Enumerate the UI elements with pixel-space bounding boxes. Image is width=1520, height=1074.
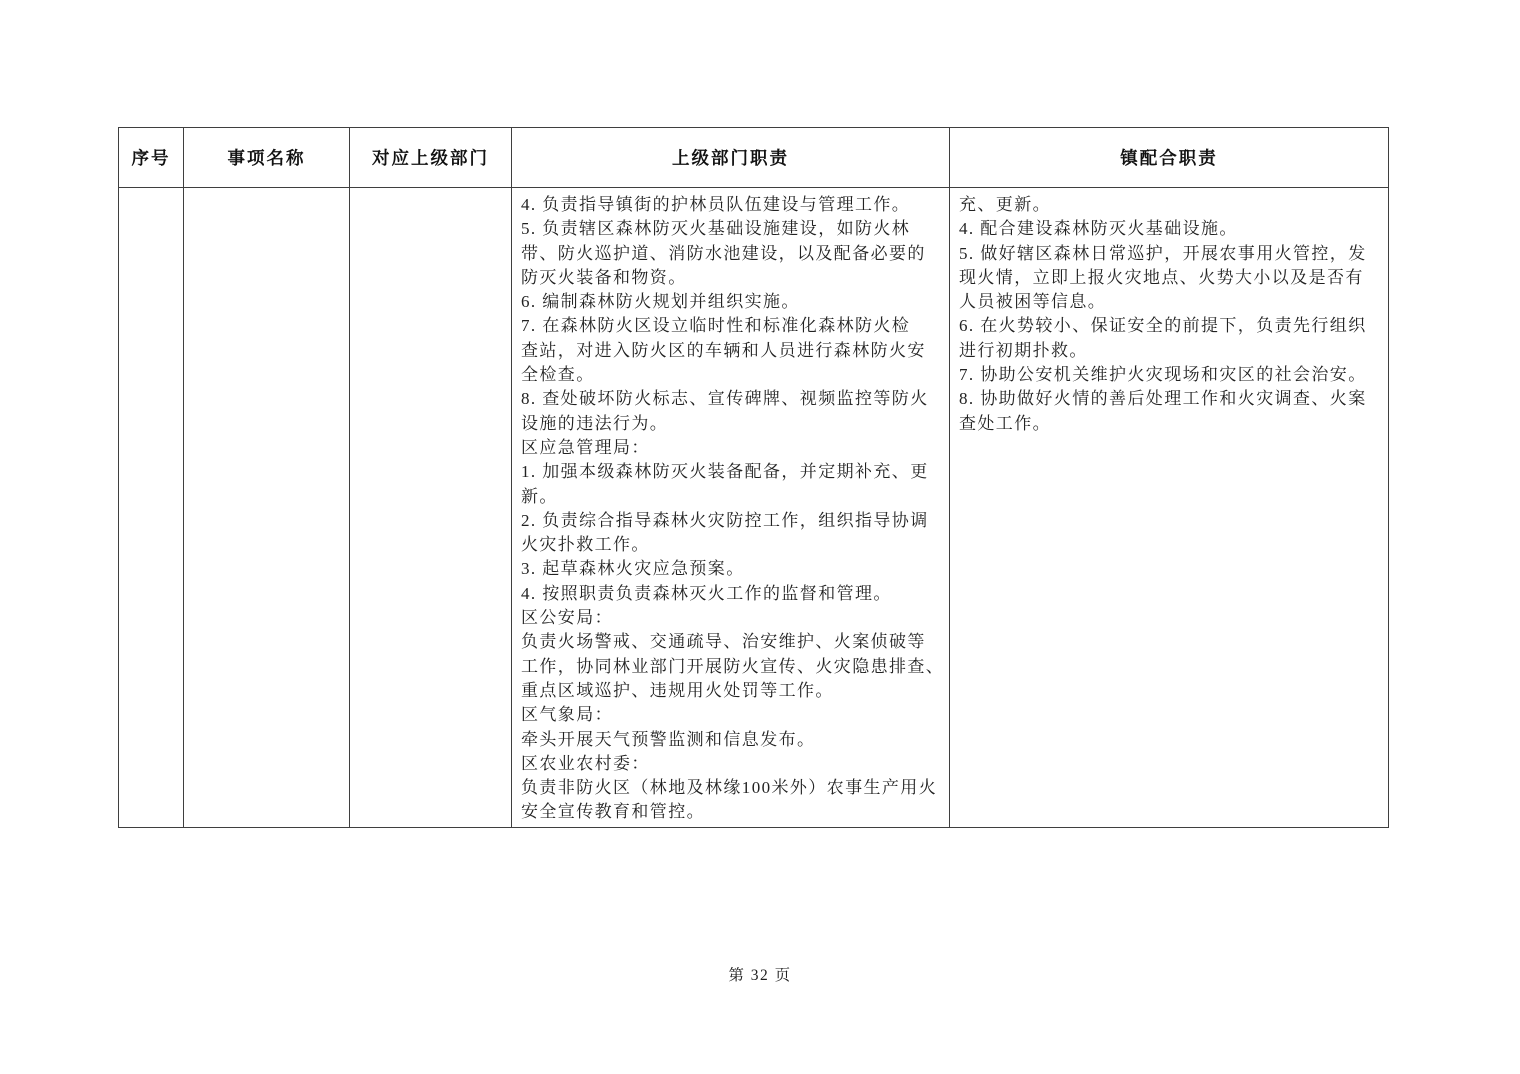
col-header-serial: 序号 xyxy=(119,128,184,188)
header-row: 序号 事项名称 对应上级部门 上级部门职责 镇配合职责 xyxy=(119,128,1389,188)
page-number: 第 32 页 xyxy=(0,963,1520,985)
table-row: 4. 负责指导镇街的护林员队伍建设与管理工作。 5. 负责辖区森林防灭火基础设施… xyxy=(119,188,1389,828)
col-header-superior-duties: 上级部门职责 xyxy=(512,128,950,188)
col-header-town-duties: 镇配合职责 xyxy=(950,128,1389,188)
cell-serial xyxy=(119,188,184,828)
cell-superior-duties: 4. 负责指导镇街的护林员队伍建设与管理工作。 5. 负责辖区森林防灭火基础设施… xyxy=(512,188,950,828)
col-header-item-name: 事项名称 xyxy=(184,128,350,188)
col-header-superior-department: 对应上级部门 xyxy=(350,128,512,188)
responsibilities-table: 序号 事项名称 对应上级部门 上级部门职责 镇配合职责 4. 负责指导镇街的护林… xyxy=(118,127,1389,828)
cell-town-duties: 充、更新。 4. 配合建设森林防灭火基础设施。 5. 做好辖区森林日常巡护，开展… xyxy=(950,188,1389,828)
document-page: 序号 事项名称 对应上级部门 上级部门职责 镇配合职责 4. 负责指导镇街的护林… xyxy=(0,0,1520,1074)
cell-item-name xyxy=(184,188,350,828)
cell-superior-department xyxy=(350,188,512,828)
